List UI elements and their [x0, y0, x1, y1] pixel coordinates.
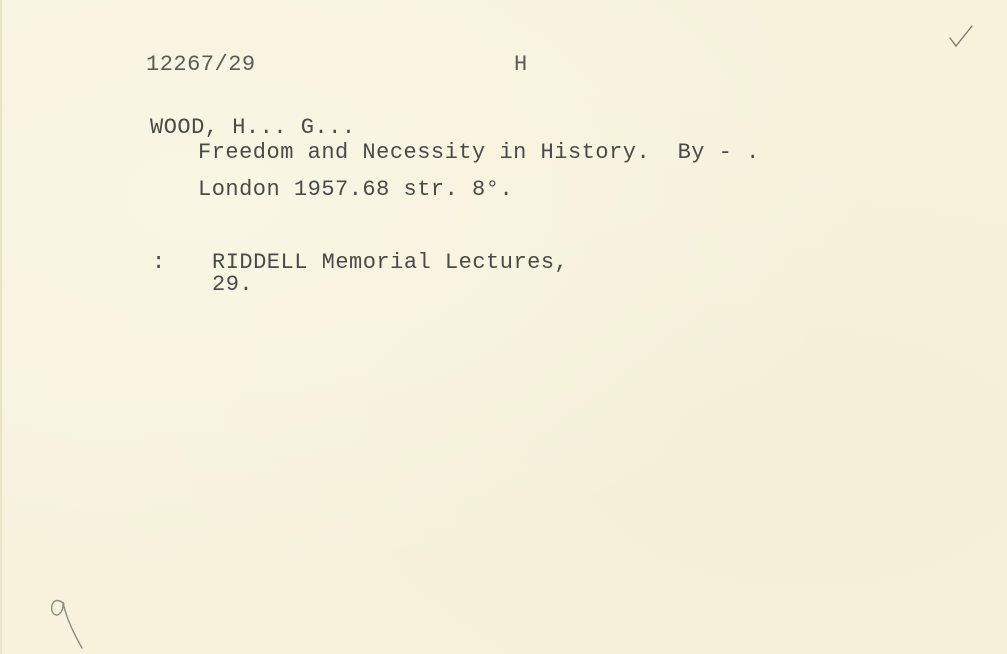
series-bullet: : — [152, 250, 166, 275]
title-statement: Freedom and Necessity in History. By - . — [198, 140, 760, 165]
author-heading: WOOD, H... G... — [150, 115, 356, 140]
series-number: 29. — [212, 272, 253, 297]
catalog-card: 12267/29 H WOOD, H... G... Freedom and N… — [0, 0, 1007, 654]
location-code: H — [514, 52, 528, 77]
handwritten-number-icon — [46, 588, 90, 652]
handwritten-checkmark-icon — [946, 22, 976, 52]
imprint: London 1957.68 str. 8°. — [198, 177, 513, 202]
call-number: 12267/29 — [146, 52, 256, 77]
series-statement: RIDDELL Memorial Lectures, — [212, 250, 568, 275]
